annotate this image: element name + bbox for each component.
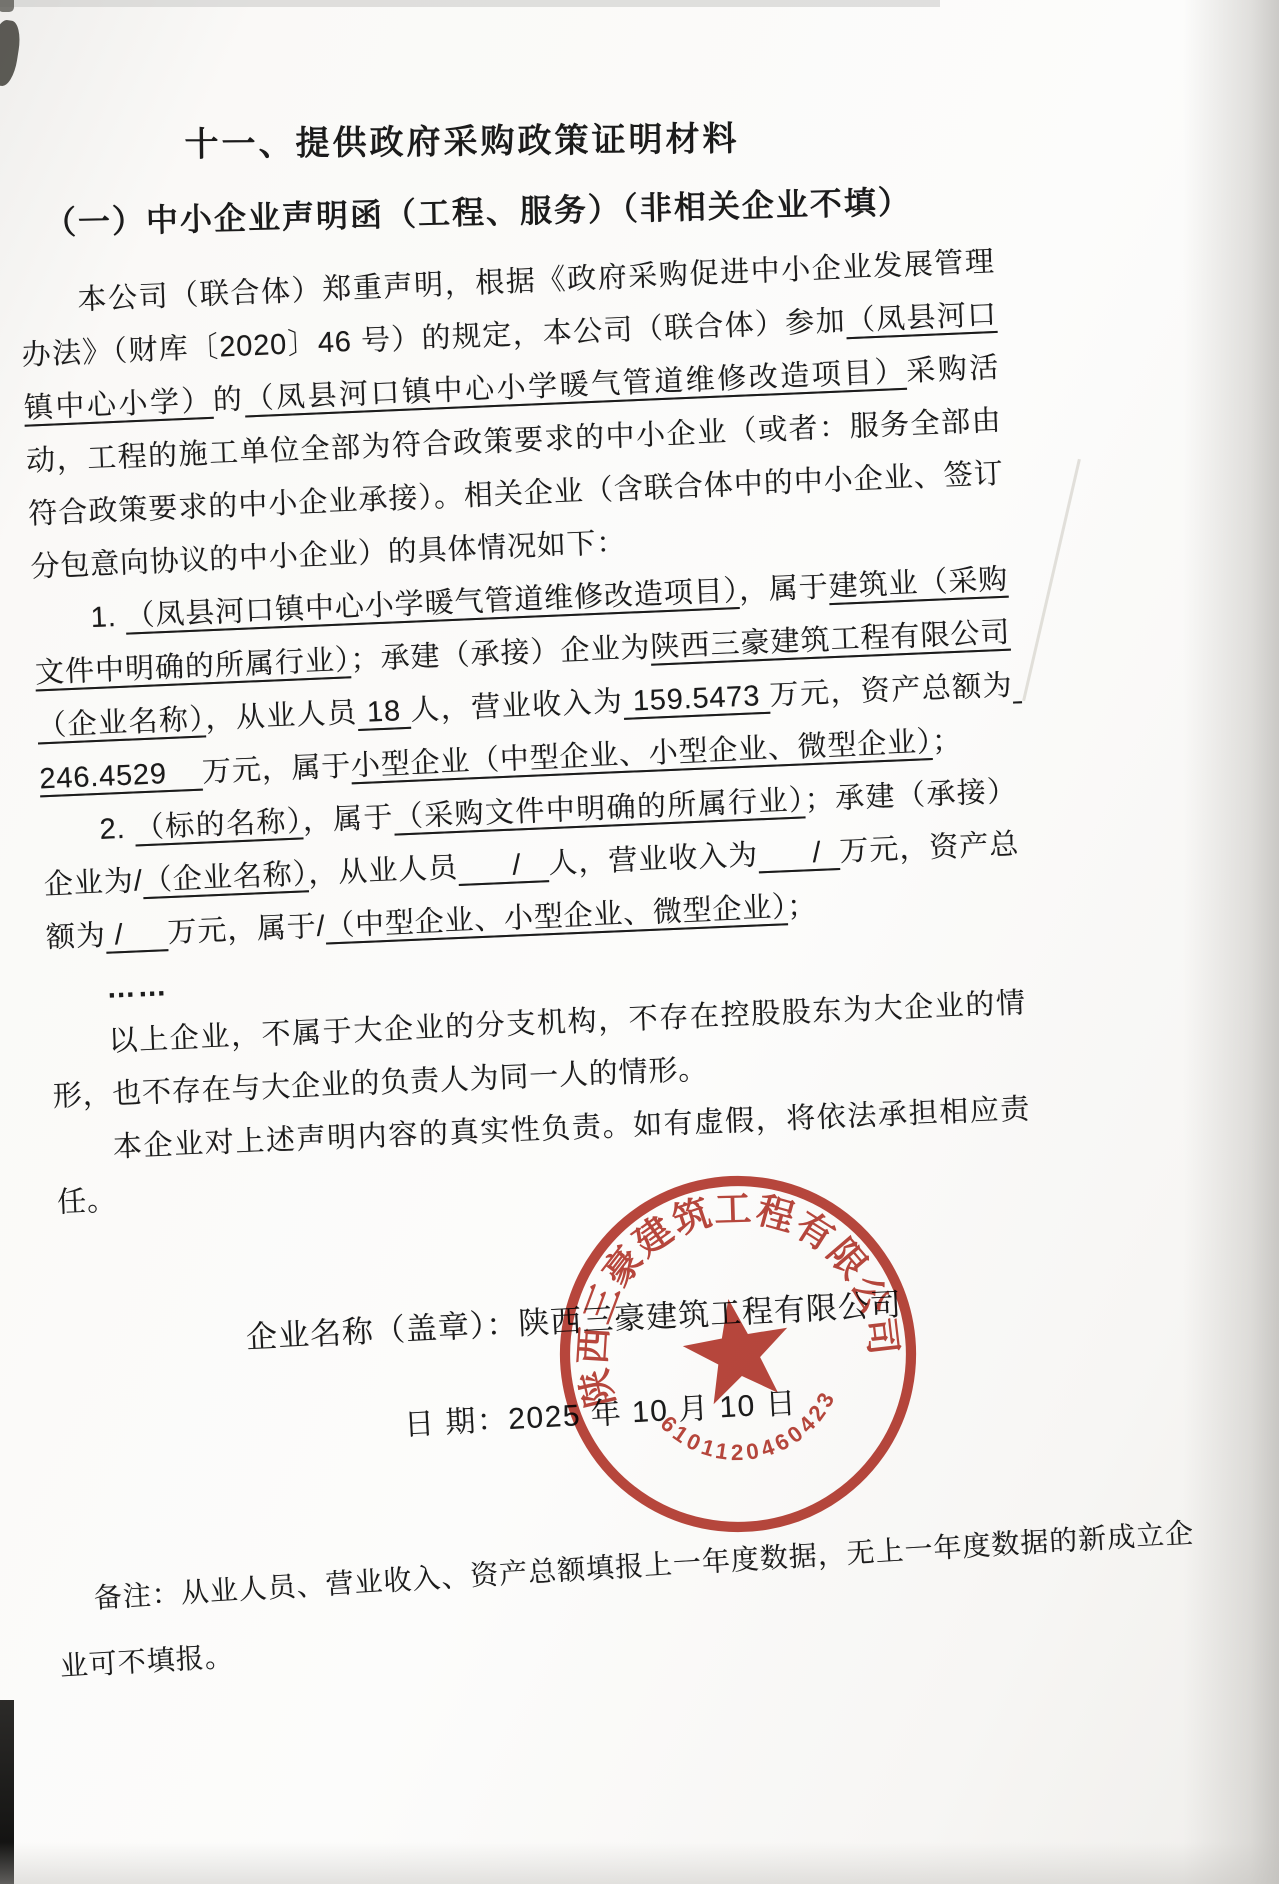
page-title: 十一、提供政府采购政策证明材料 [0,109,924,168]
text-segment: （标的名称） [134,805,303,844]
paragraph-declaration: 本公司（联合体）郑重声明，根据《政府采购促进中小企业发展管理办法》（财库〔202… [18,236,1006,595]
seal-number: 6101120460423 [653,1382,850,1480]
text-segment: （凤县河口镇中心小学暖气管道维修改造项目） [244,356,907,416]
scan-edge-streak [0,0,940,7]
text-segment: 18 [357,695,411,729]
text-segment: 2. [99,812,136,845]
text-segment: 人，营业收入为 [548,839,759,880]
list-item-project-1: 1. （凤县河口镇中心小学暖气管道维修改造项目），属于建筑业（采购文件中明确的所… [32,554,1016,807]
text-segment: / [457,848,549,884]
text-segment: ，从业人员 [205,697,358,735]
page-crease [1022,459,1081,701]
text-segment: 万元，资产总额为 [769,670,1013,712]
scan-corner-mark [0,18,23,87]
text-segment: ，属于 [302,802,394,838]
text-segment: 人，营业收入为 [410,686,624,727]
text-segment: 万元，属于 [202,750,352,788]
text-segment: 159.5473 [623,680,771,718]
scan-corner-speck [0,0,14,12]
text-segment: ，从业人员 [308,852,459,890]
text-segment: 的 [212,384,245,417]
scanned-declaration-page: 十一、提供政府采购政策证明材料 （一）中小企业声明函（工程、服务）（非相关企业不… [0,0,1279,1884]
text-segment: ，属于 [738,571,829,607]
text-segment: 1. [90,601,126,634]
declaration-body: 本公司（联合体）郑重声明，根据《政府采购促进中小企业发展管理办法》（财库〔202… [18,236,1033,1230]
text-segment: （中型企业、小型企业、微型企业） [325,891,788,942]
text-segment: （采购文件中明确的所属行业） [393,784,805,833]
scan-bottom-shadow [0,1842,1279,1884]
text-segment: 万元，属于/ [167,911,326,950]
section-heading: （一）中小企业声明函（工程、服务）（非相关企业不填） [43,177,912,244]
text-segment: / [105,917,168,952]
text-segment: ； [787,890,818,923]
text-segment: ；承建（承接）企业为 [350,632,651,677]
text-segment: / [758,836,841,871]
scan-right-shadow [1183,0,1279,1884]
text-segment: ； [931,725,962,758]
star-icon [676,1290,798,1408]
company-seal: 陕西三豪建筑工程有限公司 6101120460423 [523,1139,954,1570]
text-segment: （企业名称） [142,858,309,897]
company-seal-label: 企业名称（盖章）： [245,1306,519,1355]
